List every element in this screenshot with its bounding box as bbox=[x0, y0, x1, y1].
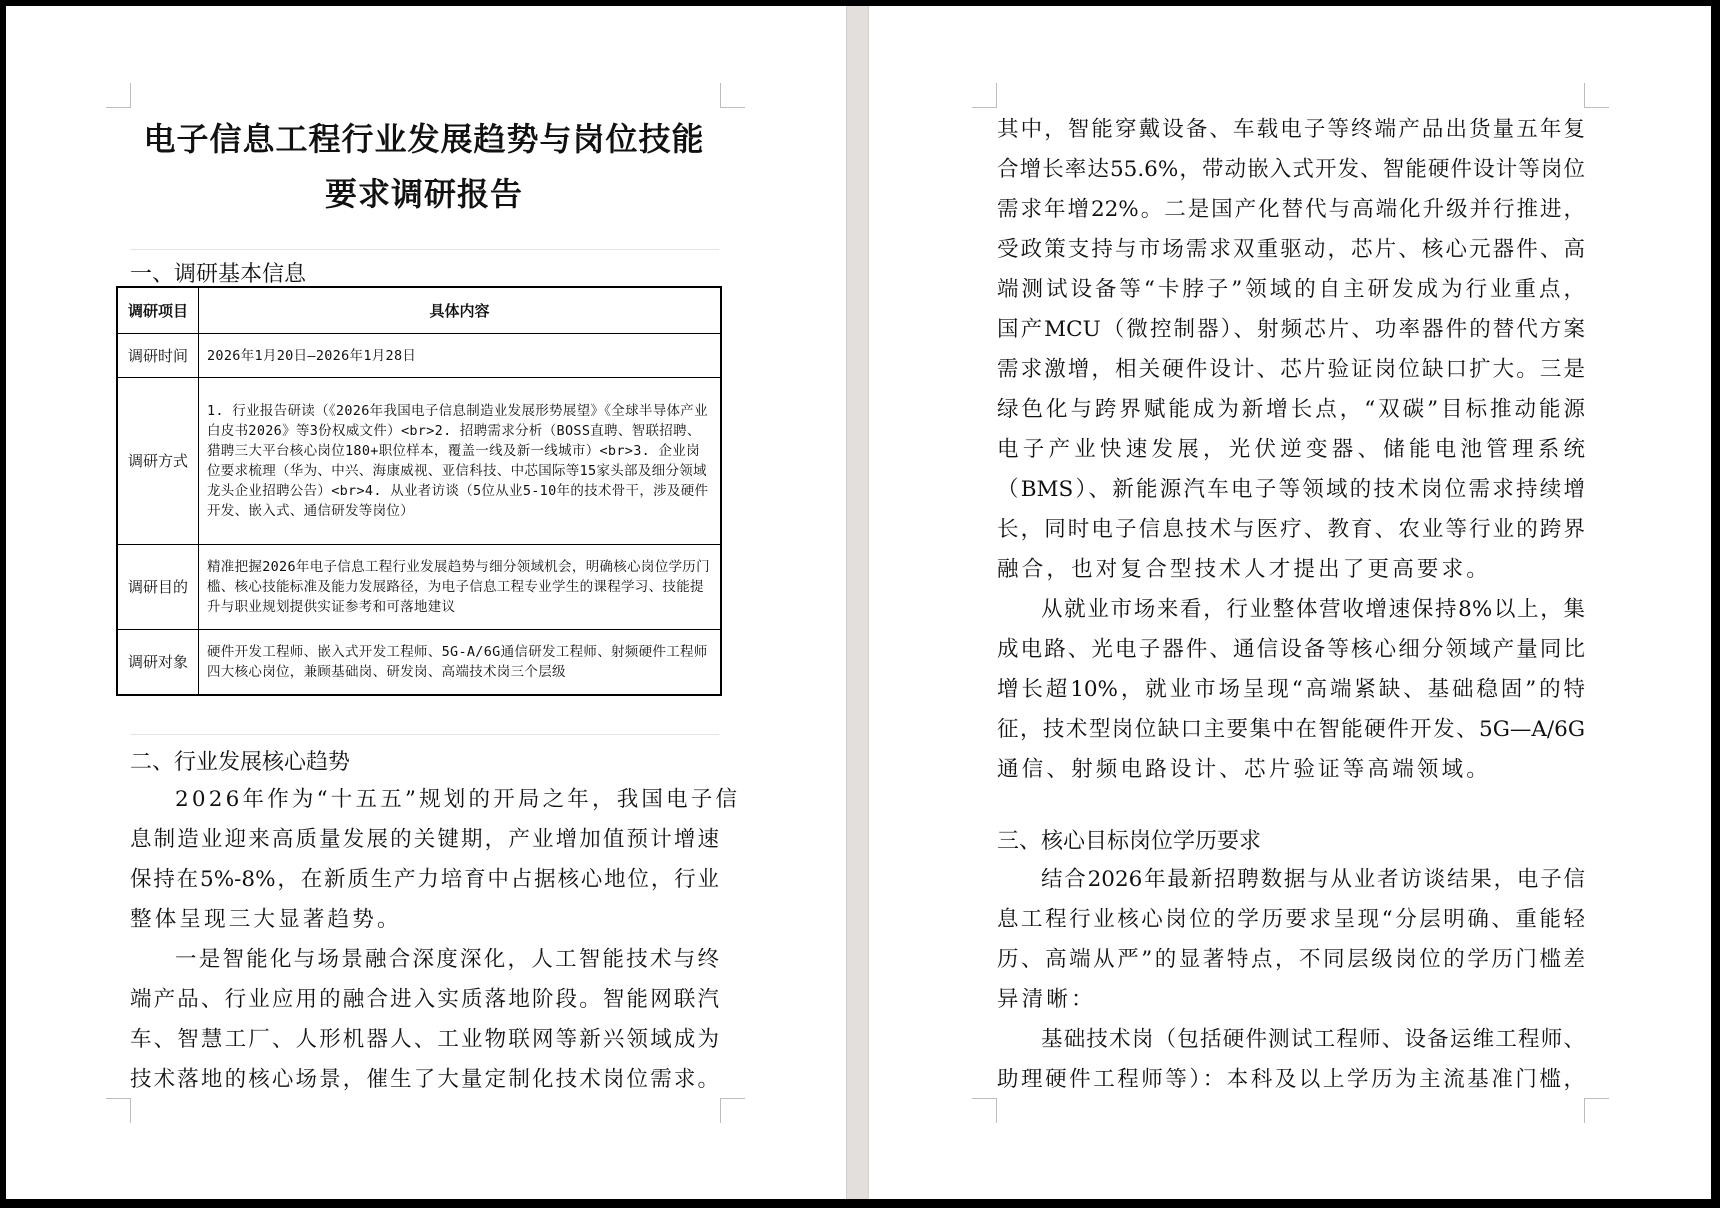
margin-corner-mark bbox=[972, 83, 997, 108]
table-row: 调研时间 2026年1月20日—2026年1月28日 bbox=[117, 334, 721, 378]
body-text-line: 受政策支持与市场需求双重驱动，芯片、核心元器件、高 bbox=[997, 236, 1585, 264]
body-text-line: 车、智慧工厂、人形机器人、工业物联网等新兴领域成为 bbox=[130, 1026, 719, 1054]
body-text-line: 成电路、光电子器件、通信设备等核心细分领域产量同比 bbox=[997, 636, 1585, 664]
body-text-line: 整体呈现三大显著趋势。 bbox=[130, 906, 402, 934]
table-cell-key: 调研对象 bbox=[117, 630, 199, 695]
section-heading-3: 三、核心目标岗位学历要求 bbox=[997, 829, 1261, 855]
body-text-line: 基础技术岗（包括硬件测试工程师、设备运维工程师、 bbox=[1041, 1026, 1585, 1054]
table-cell-value: 1. 行业报告研读（《2026年我国电子信息制造业发展形势展望》《全球半导体产业… bbox=[199, 378, 722, 545]
section-divider bbox=[130, 249, 719, 250]
margin-corner-mark bbox=[720, 1098, 745, 1123]
table-cell-key: 调研时间 bbox=[117, 334, 199, 378]
body-text-line: 助理硬件工程师等）：本科及以上学历为主流基准门槛， bbox=[997, 1066, 1585, 1094]
body-text-line: 保持在5%-8%，在新质生产力培育中占据核心地位，行业 bbox=[130, 866, 719, 894]
table-row: 调研方式 1. 行业报告研读（《2026年我国电子信息制造业发展形势展望》《全球… bbox=[117, 378, 721, 545]
body-text-line: 端产品、行业应用的融合进入实质落地阶段。智能网联汽 bbox=[130, 986, 719, 1014]
table-cell-value: 硬件开发工程师、嵌入式开发工程师、5G-A/6G通信研发工程师、射频硬件工程师四… bbox=[199, 630, 722, 695]
body-text-line: 端测试设备等“卡脖子”领域的自主研发成为行业重点， bbox=[997, 276, 1585, 304]
table-header-item: 调研项目 bbox=[117, 287, 199, 334]
margin-corner-mark bbox=[720, 83, 745, 108]
body-text-line: 增长超10%，就业市场呈现“高端紧缺、基础稳固”的特 bbox=[997, 676, 1585, 704]
body-text-line: 融合，也对复合型技术人才提出了更高要求。 bbox=[997, 556, 1491, 584]
table-cell-value: 2026年1月20日—2026年1月28日 bbox=[199, 334, 722, 378]
body-text-line: 国产MCU（微控制器）、射频芯片、功率器件的替代方案 bbox=[997, 316, 1585, 344]
body-text-line: 需求年增22%。二是国产化替代与高端化升级并行推进， bbox=[997, 196, 1585, 224]
margin-corner-mark bbox=[106, 83, 131, 108]
body-text-line: 异清晰： bbox=[997, 986, 1096, 1014]
section-heading-1: 一、调研基本信息 bbox=[130, 262, 306, 288]
body-text-line: 结合2026年最新招聘数据与从业者访谈结果，电子信 bbox=[1041, 866, 1585, 894]
body-text-line: 合增长率达55.6%，带动嵌入式开发、智能硬件设计等岗位 bbox=[997, 156, 1585, 184]
research-info-table: 调研项目 具体内容 调研时间 2026年1月20日—2026年1月28日 调研方… bbox=[116, 286, 722, 696]
document-title: 电子信息工程行业发展趋势与岗位技能 要求调研报告 bbox=[124, 112, 724, 222]
body-text-line: 长，同时电子信息技术与医疗、教育、农业等行业的跨界 bbox=[997, 516, 1585, 544]
margin-corner-mark bbox=[1584, 1098, 1609, 1123]
section-heading-2: 二、行业发展核心趋势 bbox=[130, 750, 350, 776]
table-cell-value: 精准把握2026年电子信息工程行业发展趋势与细分领域机会，明确核心岗位学历门槛、… bbox=[199, 545, 722, 630]
body-text-line: 其中，智能穿戴设备、车载电子等终端产品出货量五年复 bbox=[997, 116, 1585, 144]
table-header-content: 具体内容 bbox=[199, 287, 722, 334]
body-text-line: 息工程行业核心岗位的学历要求呈现“分层明确、重能轻 bbox=[997, 906, 1585, 934]
margin-corner-mark bbox=[1584, 83, 1609, 108]
table-header-row: 调研项目 具体内容 bbox=[117, 287, 721, 334]
body-text-line: 电子产业快速发展，光伏逆变器、储能电池管理系统 bbox=[997, 436, 1585, 464]
body-text-line: 2026年作为“十五五”规划的开局之年，我国电子信 bbox=[175, 786, 719, 814]
title-line-1: 电子信息工程行业发展趋势与岗位技能 bbox=[124, 112, 724, 167]
page-gutter bbox=[846, 6, 869, 1199]
body-text-line: 征，技术型岗位缺口主要集中在智能硬件开发、5G—A/6G bbox=[997, 716, 1585, 744]
body-text-line: 绿色化与跨界赋能成为新增长点，“双碳”目标推动能源 bbox=[997, 396, 1585, 424]
body-text-line: 历、高端从严”的显著特点，不同层级岗位的学历门槛差 bbox=[997, 946, 1585, 974]
body-text-line: 通信、射频电路设计、芯片验证等高端领域。 bbox=[997, 756, 1491, 784]
table-cell-key: 调研目的 bbox=[117, 545, 199, 630]
title-line-2: 要求调研报告 bbox=[124, 167, 724, 222]
table-row: 调研目的 精准把握2026年电子信息工程行业发展趋势与细分领域机会，明确核心岗位… bbox=[117, 545, 721, 630]
margin-corner-mark bbox=[972, 1098, 997, 1123]
body-text-line: （BMS）、新能源汽车电子等领域的技术岗位需求持续增 bbox=[997, 476, 1585, 504]
body-text-line: 技术落地的核心场景，催生了大量定制化技术岗位需求。 bbox=[130, 1066, 719, 1094]
body-text-line: 需求激增，相关硬件设计、芯片验证岗位缺口扩大。三是 bbox=[997, 356, 1585, 384]
table-cell-key: 调研方式 bbox=[117, 378, 199, 545]
section-divider bbox=[130, 734, 719, 735]
body-text-line: 息制造业迎来高质量发展的关键期，产业增加值预计增速 bbox=[130, 826, 719, 854]
body-text-line: 从就业市场来看，行业整体营收增速保持8%以上，集 bbox=[1041, 596, 1585, 624]
table-row: 调研对象 硬件开发工程师、嵌入式开发工程师、5G-A/6G通信研发工程师、射频硬… bbox=[117, 630, 721, 695]
body-text-line: 一是智能化与场景融合深度深化，人工智能技术与终 bbox=[175, 946, 719, 974]
margin-corner-mark bbox=[106, 1098, 131, 1123]
